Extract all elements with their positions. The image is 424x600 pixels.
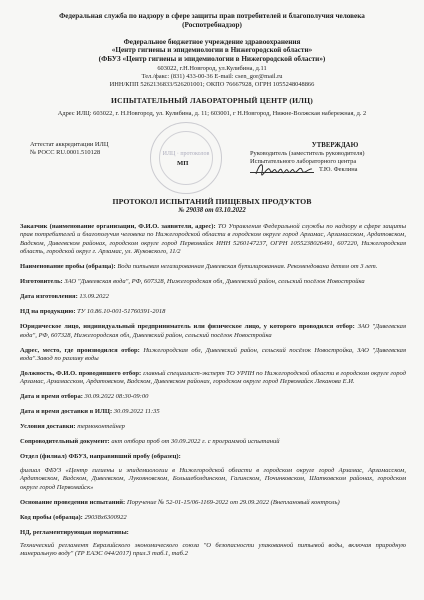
institution-short-name: (ФБУЗ «Центр гигиены и эпидемиологии в Н… (0, 55, 424, 63)
lab-title: ИСПЫТАТЕЛЬНЫЙ ЛАБОРАТОРНЫЙ ЦЕНТР (ИЛЦ) (0, 96, 424, 105)
institution-registry: ИНН/КПП 5262136833/526201001; ОКПО 76667… (0, 81, 424, 89)
field-label: Изготовитель: (20, 278, 63, 285)
field-value: Поручение № 52-01-15/06-1169-2022 от 29.… (127, 499, 340, 506)
field-manufacture-date: Дата изготовления: 13.09.2022 (20, 293, 406, 301)
field-value: ЗАО "Дивеевская вода", РФ, 607328, Нижег… (64, 278, 364, 285)
field-label: Дата и время отбора: (20, 393, 83, 400)
institution-phone-email: Тел./факс: (831) 433-00-36 E-mail: csen_… (0, 73, 424, 81)
protocol-number: № 29038 от 03.10.2022 (0, 207, 424, 214)
stamp-seal-icon: ИЛЦ · протоколов (150, 122, 222, 194)
institution-address: 603022, г.Н.Новгород, ул.Кулибина, д.11 (0, 65, 424, 73)
lab-address: Адрес ИЛЦ: 603022, г. Н.Новгород, ул. Ку… (0, 110, 424, 117)
field-sampling-datetime: Дата и время отбора: 30.09.2022 08:30-09… (20, 393, 406, 401)
institution-name: «Центр гигиены и эпидемиологии в Нижегор… (0, 46, 424, 54)
field-sample-code: Код пробы (образца): 29038х6300922 (20, 514, 406, 522)
field-regulations-label: НД, регламентирующая нормативы: (20, 529, 406, 537)
field-sampled-entity: Юридическое лицо, индивидуальный предпри… (20, 323, 406, 340)
field-label: Наименование пробы (образца): (20, 263, 116, 270)
field-label: Код пробы (образца): (20, 514, 83, 521)
field-label: Дата и время доставки в ИЛЦ: (20, 408, 112, 415)
approval-position-1: Руководитель (заместитель руководителя) (250, 150, 420, 158)
agency-name: Федеральная служба по надзору в сфере за… (0, 12, 424, 21)
signature-line (250, 172, 314, 173)
field-label: Юридическое лицо, индивидуальный предпри… (20, 323, 355, 330)
field-branch-value: филиал ФБУЗ «Центр гигиены и эпидемиолог… (20, 467, 406, 492)
stamp-text: ИЛЦ · протоколов (151, 151, 221, 157)
field-value: 30.09.2022 11:35 (114, 408, 160, 415)
agency-short-name: (Роспотребнадзор) (0, 21, 424, 30)
accreditation-label: Аттестат аккредитации ИЛЦ (30, 141, 108, 149)
field-test-basis: Основание проведения испытаний: Поручени… (20, 499, 406, 507)
field-value: термоконтейнер (77, 423, 125, 430)
field-label: НД на продукцию: (20, 308, 76, 315)
field-label: Заказчик (наименование организации, Ф.И.… (20, 223, 216, 230)
field-value: 30.09.2022 08:30-09:00 (85, 393, 149, 400)
protocol-document: Федеральная служба по надзору в сфере за… (0, 0, 424, 600)
field-value: 29038х6300922 (84, 514, 126, 521)
field-value: ТУ 10.86.10-001-51760391-2018 (77, 308, 165, 315)
accreditation-block: Аттестат аккредитации ИЛЦ № РОСС RU.0001… (30, 141, 108, 157)
field-regulations-value: Технический регламент Евразийского эконо… (20, 542, 406, 559)
field-label: Должность, Ф.И.О. проводившего отбор: (20, 370, 141, 377)
field-customer: Заказчик (наименование организации, Ф.И.… (20, 223, 406, 257)
field-manufacturer: Изготовитель: ЗАО "Дивеевская вода", РФ,… (20, 278, 406, 286)
protocol-fields: Заказчик (наименование организации, Ф.И.… (20, 223, 406, 565)
agency-header: Федеральная служба по надзору в сфере за… (0, 12, 424, 29)
field-label: Адрес, место, где производился отбор: (20, 347, 140, 354)
field-value: Вода питьевая негазированная Дивеевская … (117, 263, 377, 270)
approval-title: УТВЕРЖДАЮ (250, 142, 420, 150)
institution-header: Федеральное бюджетное учреждение здравоо… (0, 38, 424, 63)
field-value: 13.09.2022 (79, 293, 108, 300)
field-label: Основание проведения испытаний: (20, 499, 125, 506)
field-delivery-datetime: Дата и время доставки в ИЛЦ: 30.09.2022 … (20, 408, 406, 416)
accreditation-number: № РОСС RU.0001.510128 (30, 149, 108, 157)
institution-type: Федеральное бюджетное учреждение здравоо… (0, 38, 424, 46)
field-label: Дата изготовления: (20, 293, 78, 300)
institution-contacts: 603022, г.Н.Новгород, ул.Кулибина, д.11 … (0, 65, 424, 88)
field-label: Сопроводительный документ: (20, 438, 110, 445)
field-sample-name: Наименование пробы (образца): Вода питье… (20, 263, 406, 271)
signature-icon (254, 160, 314, 178)
field-accompanying-doc: Сопроводительный документ: акт отбора пр… (20, 438, 406, 446)
field-product-nd: НД на продукцию: ТУ 10.86.10-001-5176039… (20, 308, 406, 316)
field-sampler: Должность, Ф.И.О. проводившего отбор: гл… (20, 370, 406, 387)
protocol-title: ПРОТОКОЛ ИСПЫТАНИЙ ПИЩЕВЫХ ПРОДУКТОВ (0, 197, 424, 206)
field-sampling-place: Адрес, место, где производился отбор: Ни… (20, 347, 406, 364)
field-value: акт отбора проб от 30.09.2022 г. с прогр… (111, 438, 279, 445)
stamp-label: МП (177, 160, 188, 167)
field-label: Условия доставки: (20, 423, 76, 430)
field-delivery-conditions: Условия доставки: термоконтейнер (20, 423, 406, 431)
field-branch-label: Отдел (филиал) ФБУЗ, направивший пробу (… (20, 453, 406, 461)
signer-name: Т.Ю. Феклина (319, 166, 357, 173)
